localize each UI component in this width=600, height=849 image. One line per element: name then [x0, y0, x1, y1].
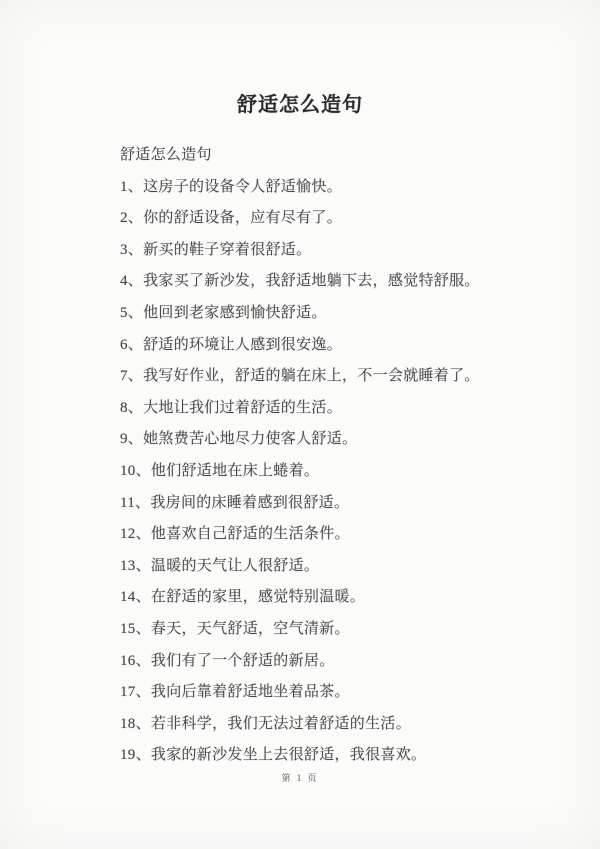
sentence-item: 10、他们舒适地在床上蜷着。: [120, 461, 540, 481]
page-title: 舒适怎么造句: [0, 0, 600, 117]
sentence-item: 19、我家的新沙发坐上去很舒适，我很喜欢。: [120, 745, 540, 765]
sentence-item: 9、她煞费苦心地尽力使客人舒适。: [120, 429, 540, 449]
section-subtitle: 舒适怎么造句: [120, 145, 540, 165]
document-body: 舒适怎么造句 1、这房子的设备令人舒适愉快。 2、你的舒适设备，应有尽有了。 3…: [120, 145, 540, 765]
document-page: 舒适怎么造句 舒适怎么造句 1、这房子的设备令人舒适愉快。 2、你的舒适设备，应…: [0, 0, 600, 849]
sentence-item: 17、我向后靠着舒适地坐着品茶。: [120, 682, 540, 702]
sentence-item: 2、你的舒适设备，应有尽有了。: [120, 208, 540, 228]
sentence-item: 3、新买的鞋子穿着很舒适。: [120, 240, 540, 260]
sentence-item: 15、春天，天气舒适，空气清新。: [120, 619, 540, 639]
sentence-item: 12、他喜欢自己舒适的生活条件。: [120, 524, 540, 544]
sentence-item: 13、温暖的天气让人很舒适。: [120, 556, 540, 576]
sentence-item: 7、我写好作业，舒适的躺在床上，不一会就睡着了。: [120, 366, 540, 386]
sentence-item: 1、这房子的设备令人舒适愉快。: [120, 177, 540, 197]
sentence-item: 14、在舒适的家里，感觉特别温暖。: [120, 587, 540, 607]
sentence-item: 11、我房间的床睡着感到很舒适。: [120, 493, 540, 513]
sentence-item: 18、若非科学，我们无法过着舒适的生活。: [120, 714, 540, 734]
sentence-item: 5、他回到老家感到愉快舒适。: [120, 303, 540, 323]
sentence-item: 4、我家买了新沙发，我舒适地躺下去，感觉特舒服。: [120, 271, 540, 291]
sentence-item: 6、舒适的环境让人感到很安逸。: [120, 335, 540, 355]
sentence-item: 8、大地让我们过着舒适的生活。: [120, 398, 540, 418]
page-number: 第 1 页: [0, 771, 600, 784]
sentence-item: 16、我们有了一个舒适的新居。: [120, 651, 540, 671]
